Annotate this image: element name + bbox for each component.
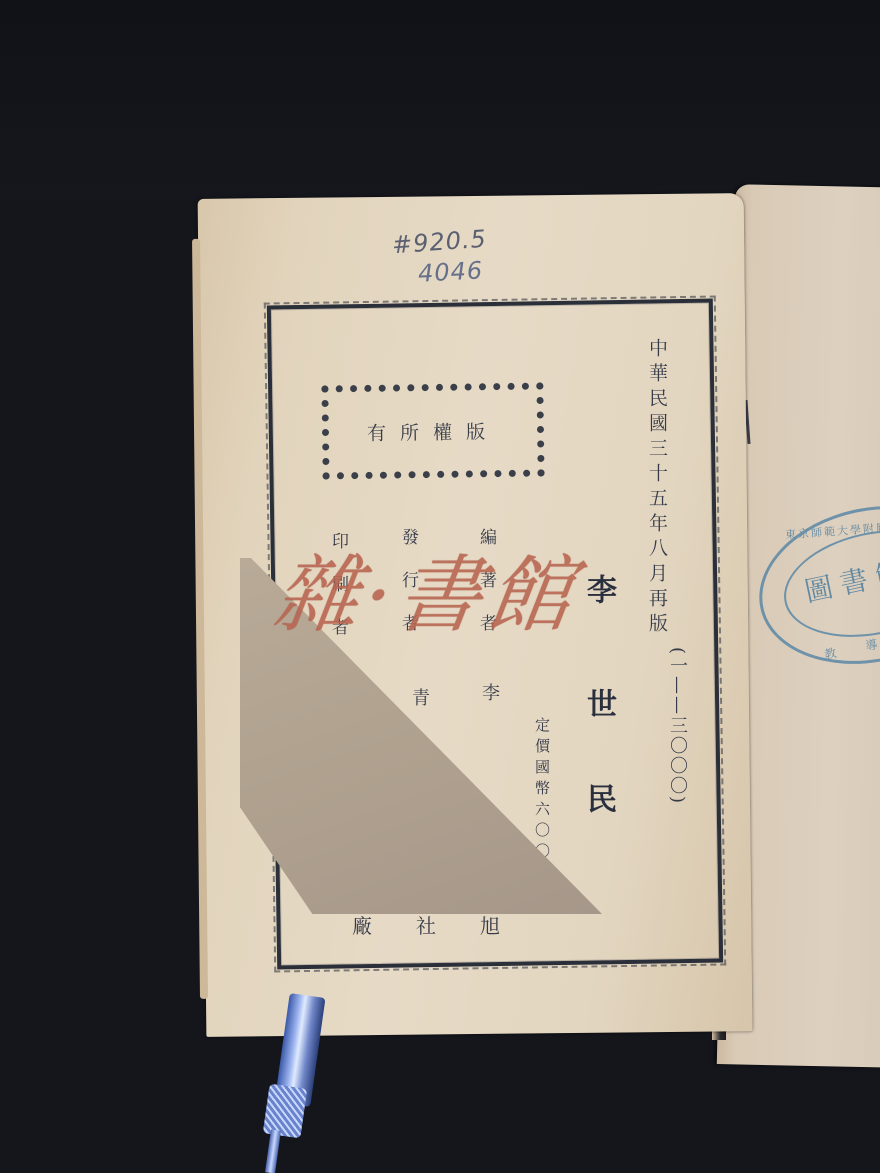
author-char-2: 世 xyxy=(576,688,620,718)
screwdriver-tip xyxy=(265,1130,281,1173)
publisher-name: 青 xyxy=(406,688,432,706)
screwdriver-knurl xyxy=(263,1084,308,1139)
author-char-3: 民 xyxy=(576,783,620,813)
publication-date: 中華民國三十五年八月再版 xyxy=(644,338,671,638)
copyright-text: 版權所有 xyxy=(367,417,499,446)
price: 定價國幣六〇〇 xyxy=(532,717,553,864)
print-run: (一——三〇〇〇) xyxy=(664,647,690,805)
copyright-box: 版權所有 xyxy=(321,382,544,479)
press-name: 旭社廠 xyxy=(352,910,544,939)
handwritten-call-number-line2: 4046 xyxy=(417,256,483,287)
dark-background xyxy=(0,0,880,200)
watermark: 雜·書館 xyxy=(267,528,587,649)
author-char-1: 李 xyxy=(576,574,620,604)
editor-surname: 李 xyxy=(476,683,502,701)
